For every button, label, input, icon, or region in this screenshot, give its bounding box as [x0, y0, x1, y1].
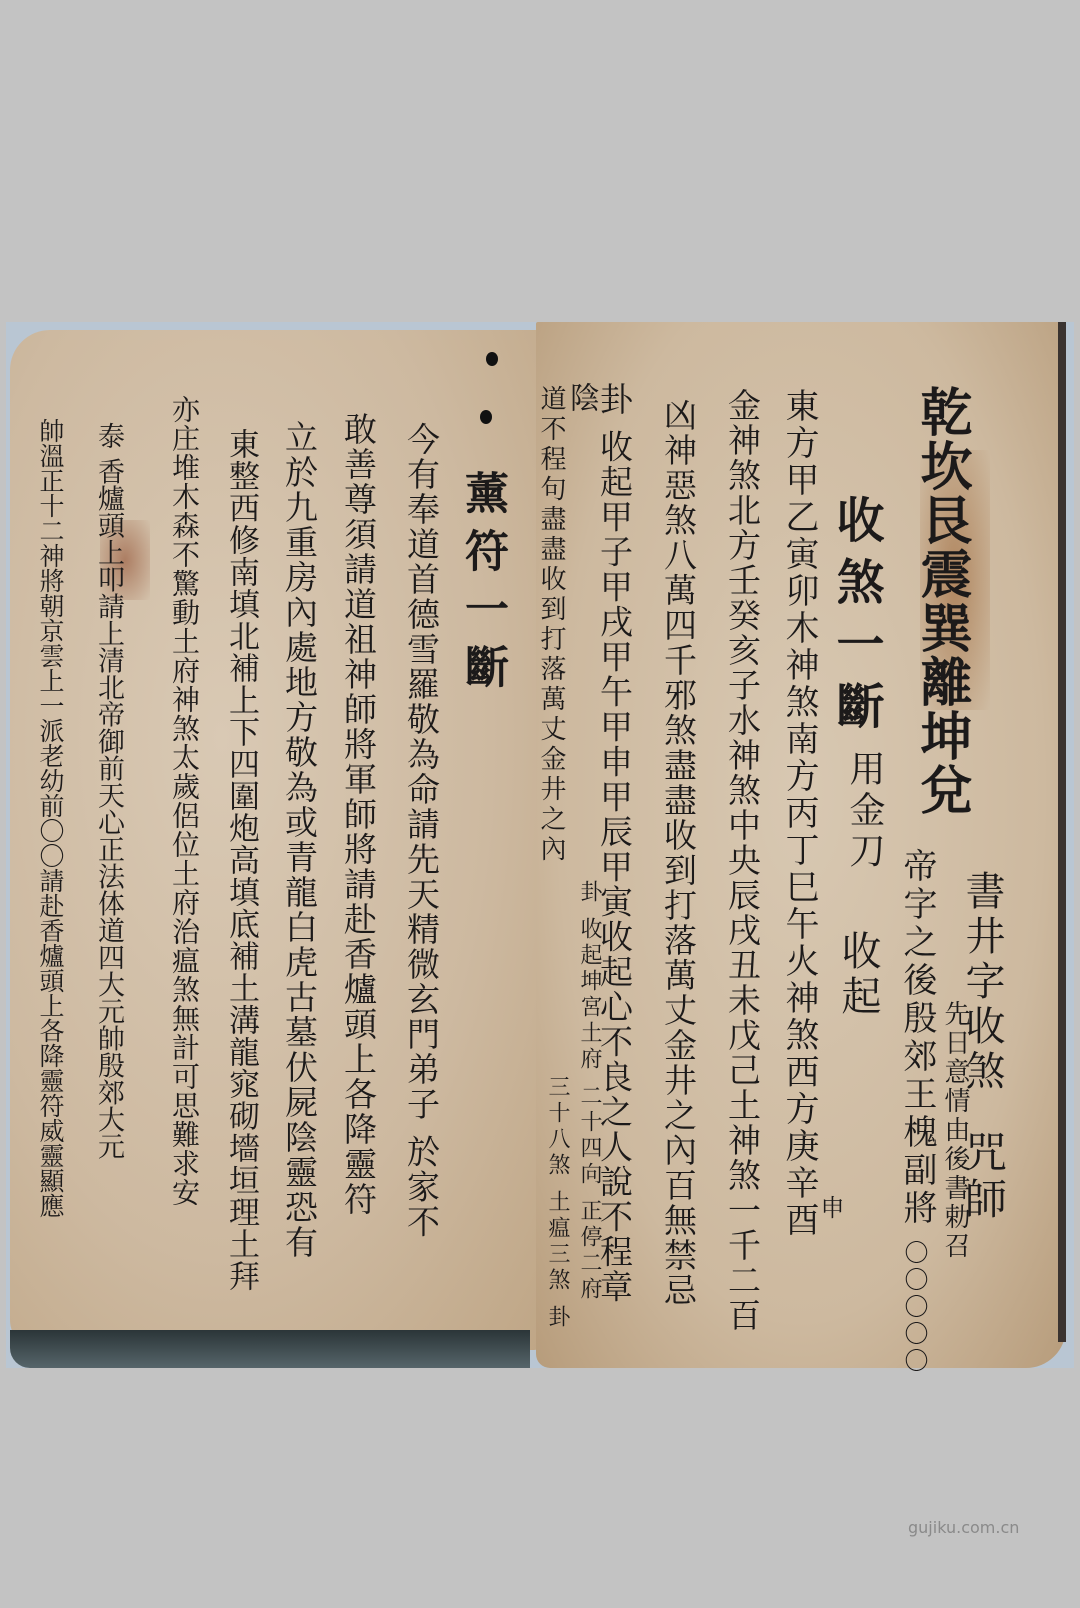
text-column: 敢善尊須請道祖神師將軍師將請赴香爐頭上各降靈符 — [342, 412, 375, 1217]
left-section-heading: 薰符一斷 — [460, 470, 504, 702]
text-column: 立於九重房內處地方敬為或青龍白虎古墓伏屍陰靈恐有 — [283, 420, 316, 1260]
side-note-2: 先日意情由後書勅召 — [942, 1000, 968, 1261]
text-column: 金神煞北方壬癸亥子水神煞中央辰戌丑未戊己土神煞一千二百 — [726, 388, 759, 1333]
text-column: 陰 — [566, 382, 596, 417]
text-column: 亦庄堆木森不驚動土府神煞太歲侶位土府治瘟煞無計可思難求安 — [170, 395, 198, 1207]
section-note-2: 收起 — [838, 930, 878, 1020]
binding-hole — [486, 352, 498, 366]
page-shadow — [10, 1330, 530, 1368]
text-column: 三十八煞 土瘟三煞 卦 — [546, 1075, 568, 1331]
side-note-1: 帝字之後殷郊王槐副將 — [900, 848, 934, 1228]
text-column: 東方甲乙寅卯木神煞南方丙丁巳午火神煞西方庚辛酉 — [782, 388, 816, 1239]
text-column: 道不程句盡盡收到打落萬丈金井之內 — [538, 385, 564, 865]
text-column: 帥溫正十二神將朝京雲上一派老幼前〇〇請赴香爐頭上各降靈符威靈顯應 — [38, 418, 63, 1218]
binding-hole — [480, 410, 492, 424]
text-column: 今有奉道首德雪羅敬為命請先天精微玄門弟子 於家不 — [405, 422, 438, 1240]
watermark: gujiku.com.cn — [908, 1518, 1019, 1537]
annotation-shen: 申 — [818, 1195, 842, 1222]
text-column: 東整西修南填北補上下四圍炮高填底補土溝龍窕砌墻垣理土拜 — [225, 428, 256, 1292]
section-heading: 收煞一斷 — [832, 495, 880, 743]
side-note-1-marks: 〇〇〇〇〇 — [902, 1240, 926, 1375]
text-column: 泰 香爐頭上叩請上清北帝御前天心正法体道四大元帥殷郊大元 — [95, 422, 122, 1160]
section-note: 用金刀 — [846, 750, 882, 873]
page-title: 乾坎艮震巽離坤兌 — [915, 385, 967, 817]
text-column: 卦 收起甲子甲戌甲午甲申甲辰甲寅收起心不良之人說不程章 — [598, 382, 631, 1305]
book-edge — [1058, 322, 1066, 1342]
text-column: 卦 收起坤宮土府 二十四向 正停二府 — [578, 880, 600, 1303]
text-column: 凶神惡煞八萬四千邪煞盡盡收到打落萬丈金井之內百無禁忌 — [662, 398, 695, 1308]
